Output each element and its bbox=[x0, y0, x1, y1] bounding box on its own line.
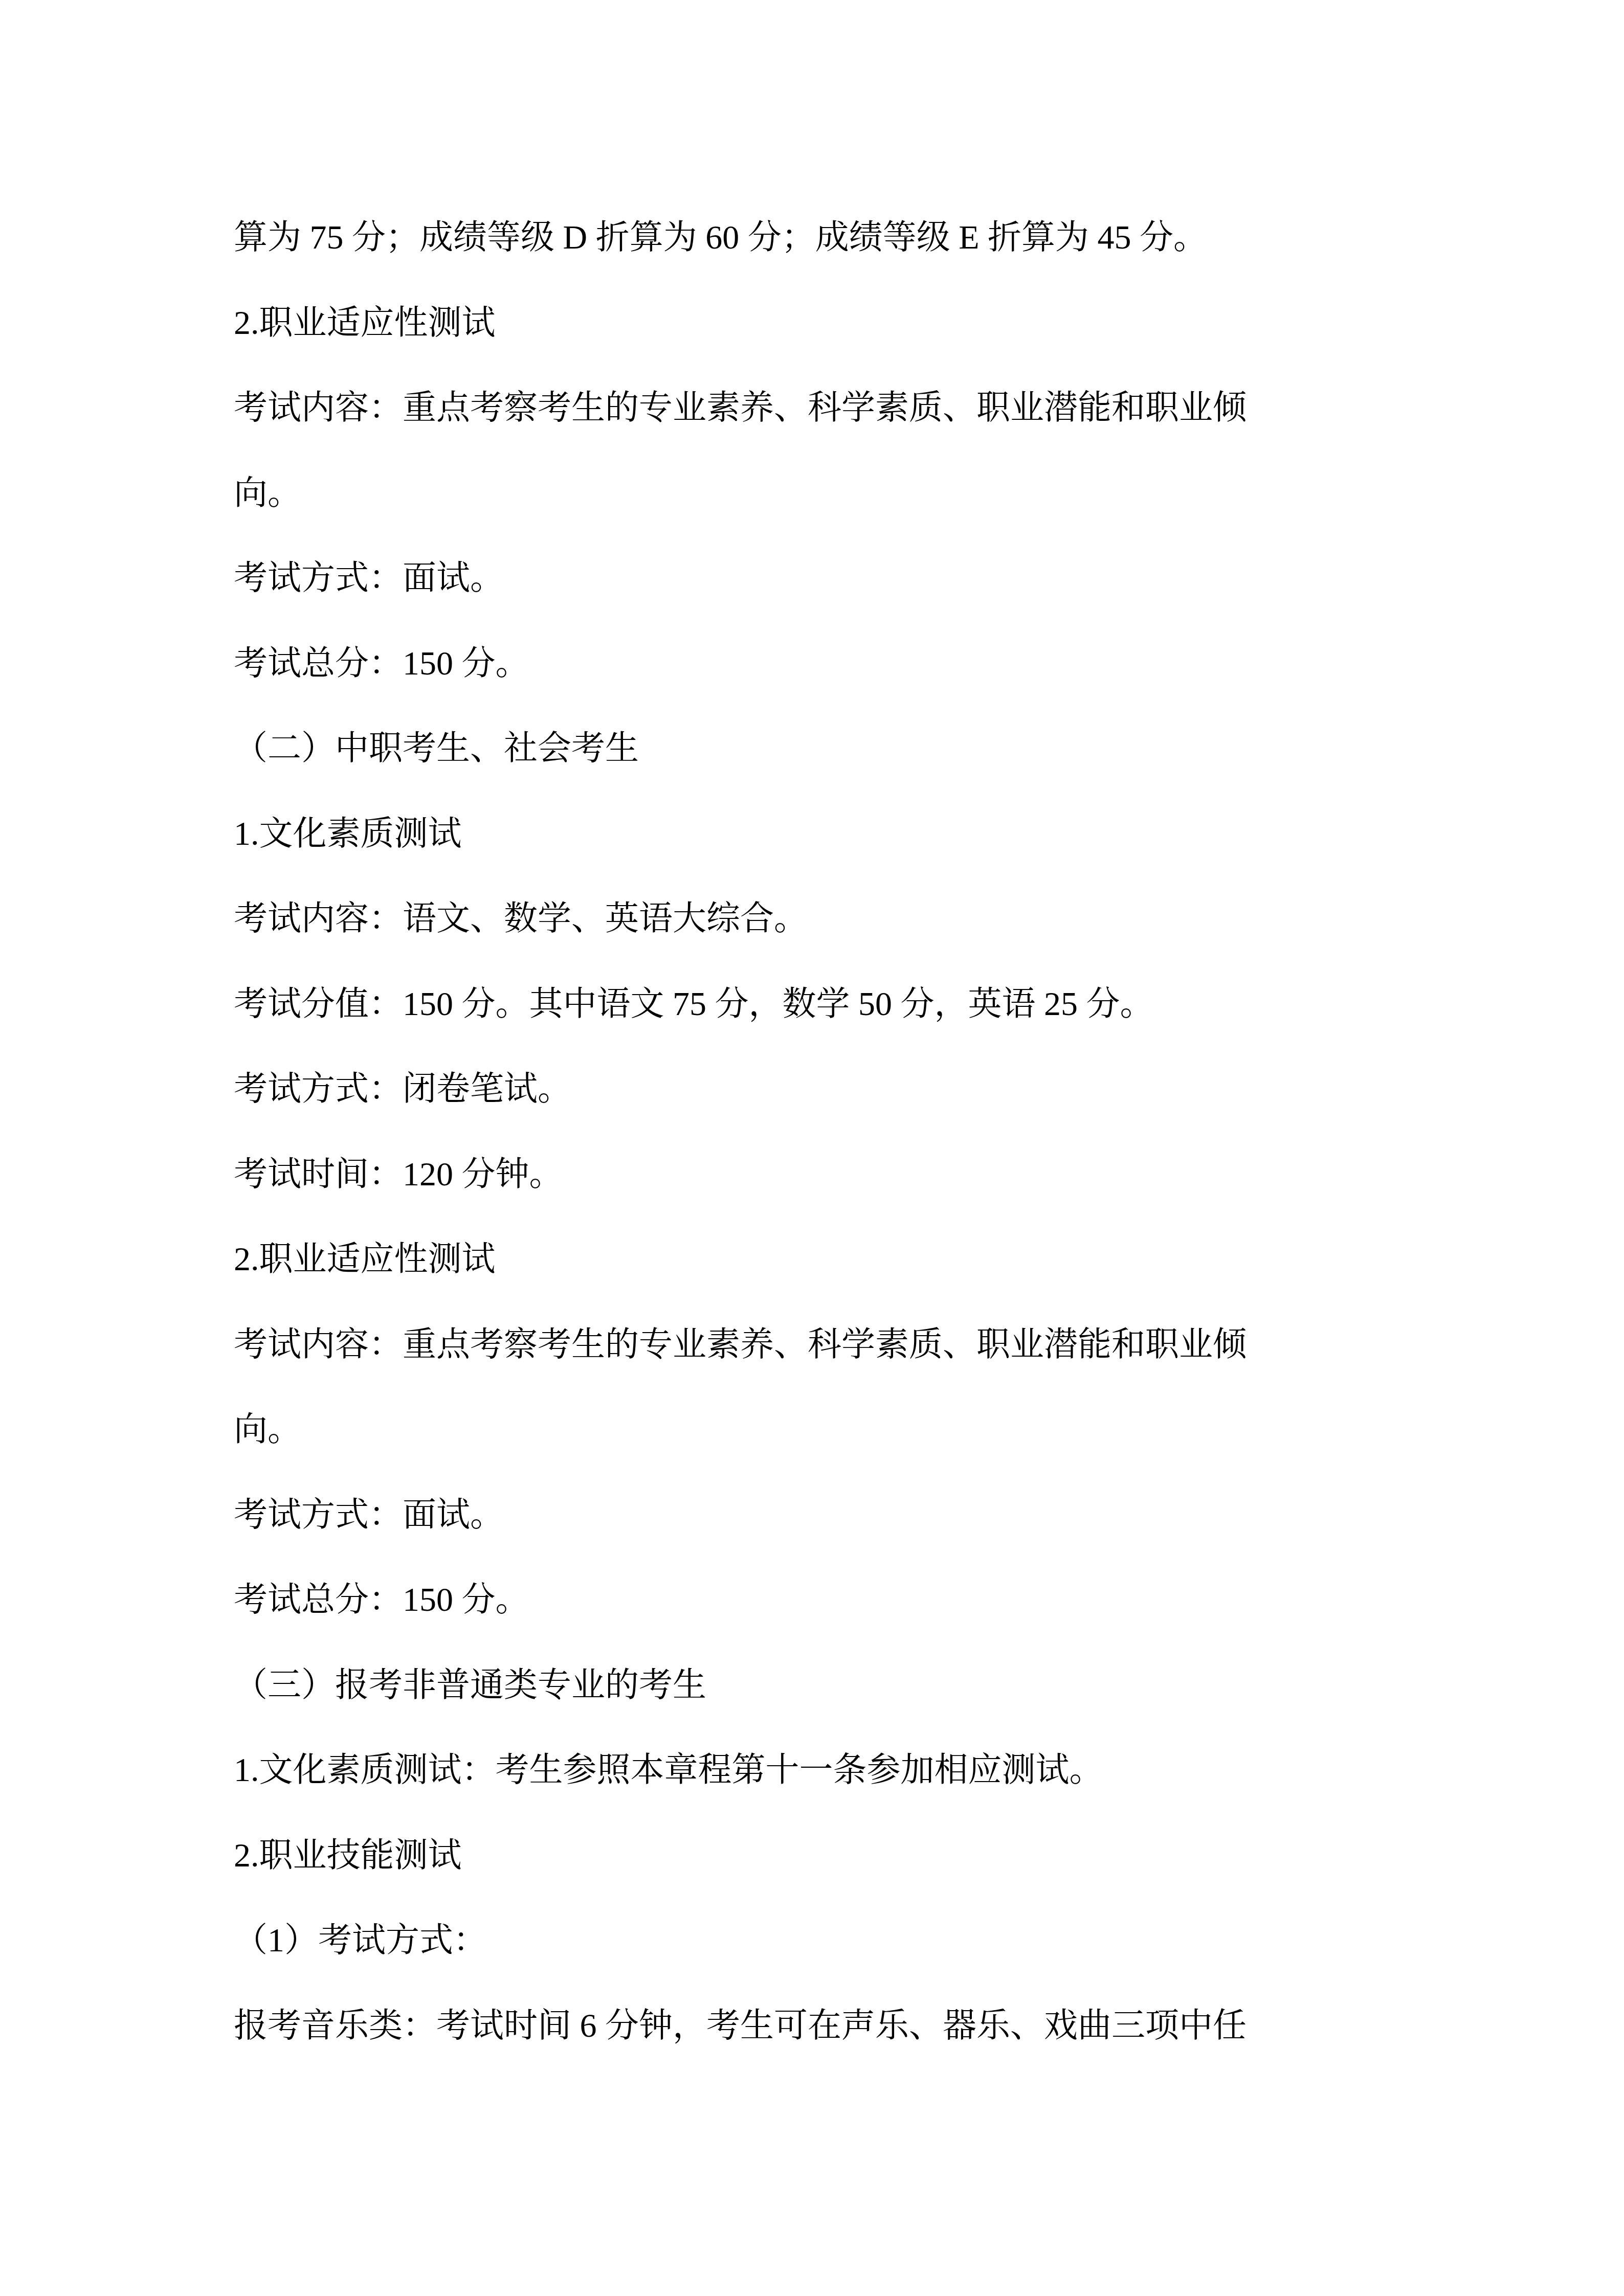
doc-line: 考试分值：150 分。其中语文 75 分，数学 50 分，英语 25 分。 bbox=[234, 962, 1400, 1047]
document-page: 算为 75 分；成绩等级 D 折算为 60 分；成绩等级 E 折算为 45 分。… bbox=[0, 0, 1624, 2296]
doc-line: 向。 bbox=[234, 1387, 1400, 1473]
doc-line: 考试时间：120 分钟。 bbox=[234, 1132, 1400, 1218]
doc-line: 报考音乐类：考试时间 6 分钟，考生可在声乐、器乐、戏曲三项中任 bbox=[234, 1984, 1400, 2069]
doc-line: 考试内容：重点考察考生的专业素养、科学素质、职业潜能和职业倾 bbox=[234, 1302, 1400, 1388]
doc-line: （二）中职考生、社会考生 bbox=[234, 706, 1400, 792]
doc-line: （三）报考非普通类专业的考生 bbox=[234, 1643, 1400, 1728]
doc-line: 2.职业技能测试 bbox=[234, 1813, 1400, 1899]
doc-line: 考试方式：面试。 bbox=[234, 1473, 1400, 1558]
doc-line: 2.职业适应性测试 bbox=[234, 281, 1400, 366]
doc-line: 2.职业适应性测试 bbox=[234, 1217, 1400, 1302]
doc-line: 1.文化素质测试：考生参照本章程第十一条参加相应测试。 bbox=[234, 1728, 1400, 1813]
doc-line: 1.文化素质测试 bbox=[234, 792, 1400, 877]
doc-line: 考试总分：150 分。 bbox=[234, 621, 1400, 707]
doc-line: 向。 bbox=[234, 451, 1400, 536]
doc-line: 考试方式：闭卷笔试。 bbox=[234, 1047, 1400, 1132]
doc-line: 考试内容：语文、数学、英语大综合。 bbox=[234, 876, 1400, 962]
doc-line: 考试内容：重点考察考生的专业素养、科学素质、职业潜能和职业倾 bbox=[234, 366, 1400, 451]
document-body: 算为 75 分；成绩等级 D 折算为 60 分；成绩等级 E 折算为 45 分。… bbox=[234, 195, 1400, 2068]
doc-line: 考试总分：150 分。 bbox=[234, 1558, 1400, 1643]
doc-line: 算为 75 分；成绩等级 D 折算为 60 分；成绩等级 E 折算为 45 分。 bbox=[234, 195, 1400, 281]
doc-line: （1）考试方式： bbox=[234, 1898, 1400, 1984]
doc-line: 考试方式：面试。 bbox=[234, 536, 1400, 621]
